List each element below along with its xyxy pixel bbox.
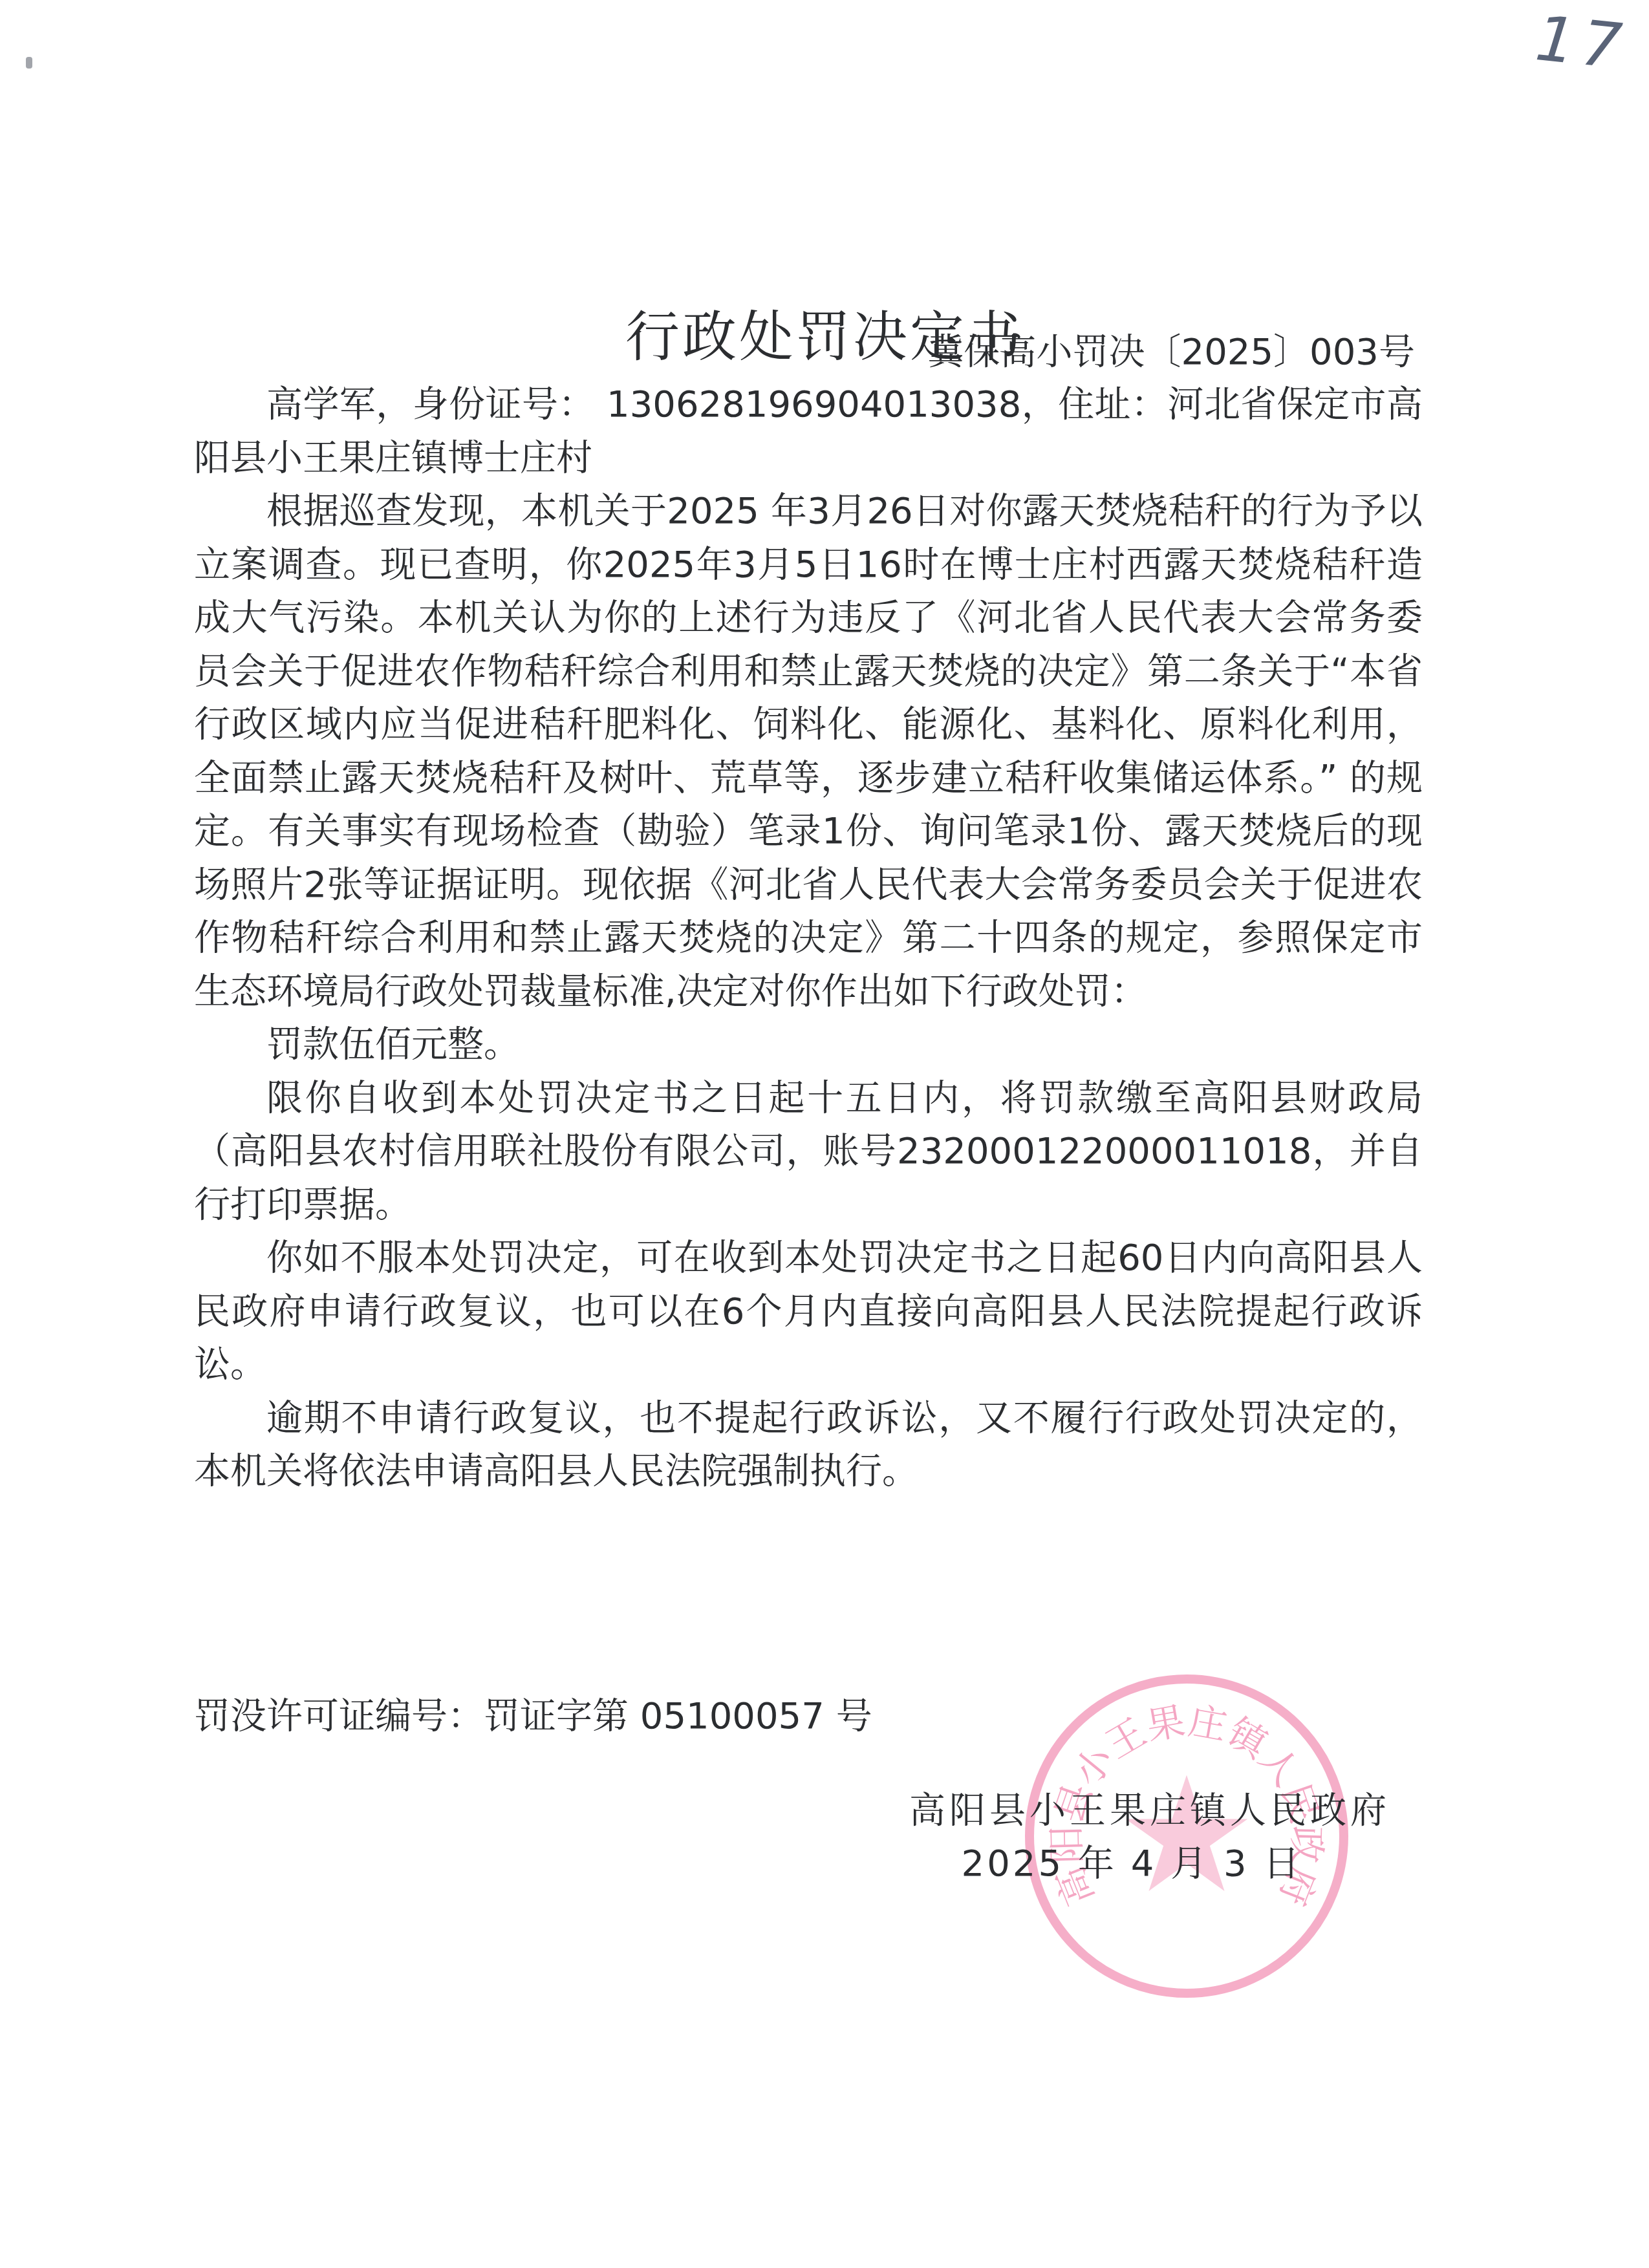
enforcement-paragraph: 逾期不申请行政复议，也不提起行政诉讼，又不履行行政处罚决定的，本机关将依法申请高…: [194, 1392, 1423, 1499]
scan-speck: [26, 57, 32, 69]
document-number: 冀保高小罚决〔2025〕003号: [928, 323, 1415, 375]
penalty-paragraph: 罚款伍佰元整。: [194, 1018, 1423, 1072]
facts-paragraph: 根据巡查发现，本机关于2025 年3月26日对你露天焚烧秸秆的行为予以立案调查。…: [194, 485, 1423, 1018]
issuing-organization: 高阳县小王果庄镇人民政府: [834, 1784, 1390, 1837]
party-info: 高学军，身份证号： 130628196904013038，住址：河北省保定市高阳…: [194, 378, 1423, 485]
document-body: 高学军，身份证号： 130628196904013038，住址：河北省保定市高阳…: [194, 378, 1423, 1499]
signature-block: 高阳县小王果庄镇人民政府 2025 年 4 月 3 日: [834, 1784, 1390, 1890]
page-number-handwritten: 17: [1533, 2, 1632, 83]
issue-date: 2025 年 4 月 3 日: [834, 1837, 1390, 1890]
payment-paragraph: 限你自收到本处罚决定书之日起十五日内，将罚款缴至高阳县财政局（高阳县农村信用联社…: [194, 1072, 1423, 1232]
appeal-paragraph: 你如不服本处罚决定，可在收到本处罚决定书之日起60日内向高阳县人民政府申请行政复…: [194, 1232, 1423, 1392]
license-number: 罚没许可证编号：罚证字第 05100057 号: [194, 1687, 872, 1739]
